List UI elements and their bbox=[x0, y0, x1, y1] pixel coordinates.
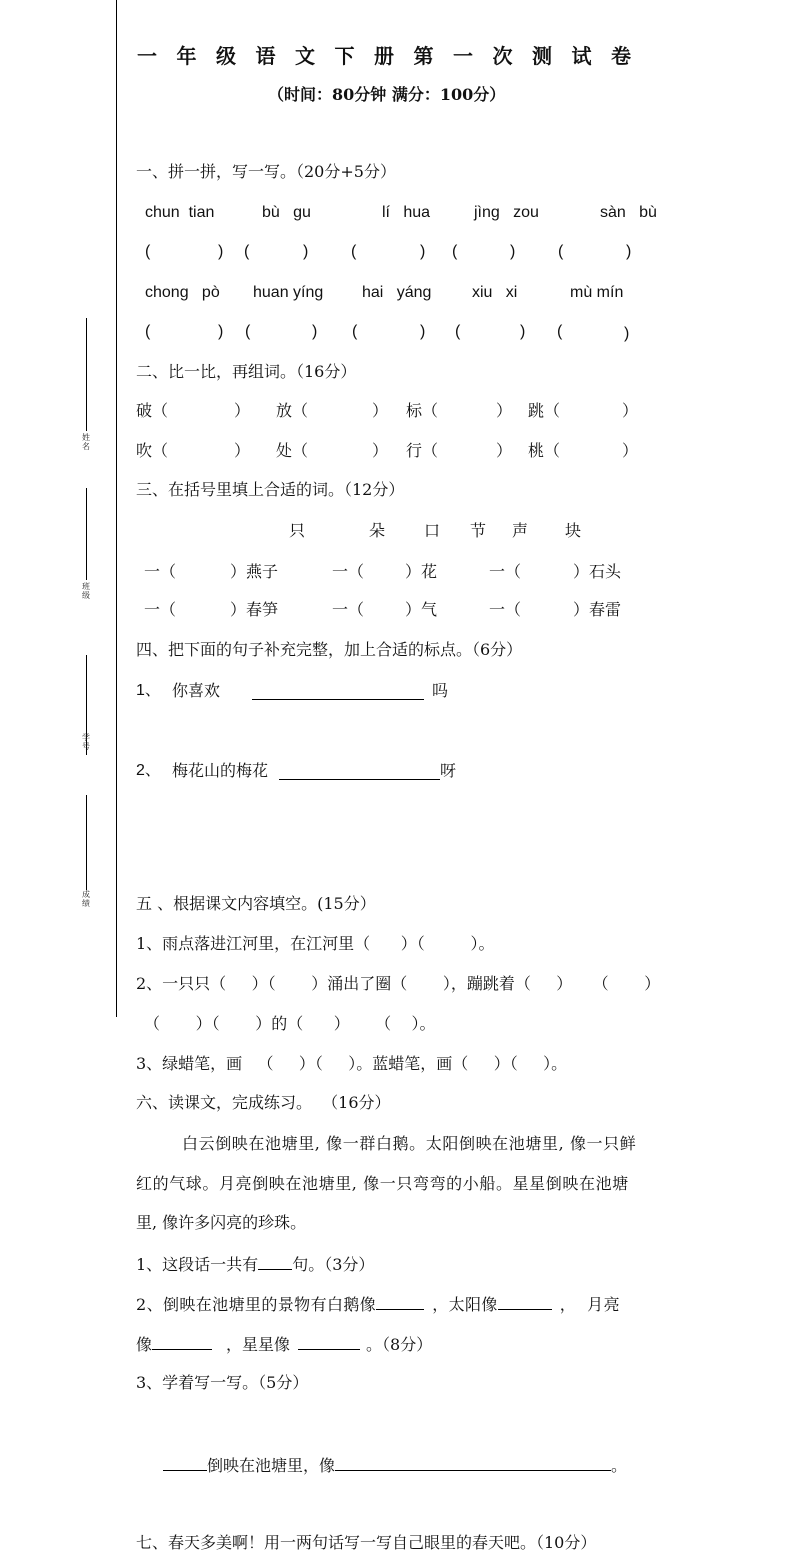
word-bank-item: 只 bbox=[289, 521, 305, 541]
margin-label-score: 成绩 bbox=[81, 890, 91, 908]
measure-pre: 一（ bbox=[144, 562, 176, 582]
pinyin-item: xiu xi bbox=[472, 283, 517, 303]
title-char: 次 bbox=[493, 40, 533, 69]
binding-line-seg-1 bbox=[86, 319, 87, 431]
open-paren: ( bbox=[244, 242, 249, 262]
section5-line-3: （ ）（ ）的（ ） （ ）。 bbox=[144, 1014, 436, 1034]
open-paren: ( bbox=[455, 322, 460, 342]
sentence-end: 呀 bbox=[440, 761, 456, 781]
title-char: 册 bbox=[374, 40, 414, 69]
item-number: 2、 bbox=[136, 761, 161, 781]
measure-post: ）燕子 bbox=[230, 562, 278, 582]
compare-char: 放（ bbox=[276, 401, 308, 421]
answer-line[interactable] bbox=[376, 1293, 424, 1310]
open-paren: ( bbox=[145, 322, 150, 342]
title-char: 级 bbox=[216, 40, 256, 69]
answer-line[interactable] bbox=[279, 779, 440, 780]
binding-line-seg-0 bbox=[86, 318, 87, 319]
binding-line-seg-4 bbox=[86, 795, 87, 890]
q2-line-2: 像，星星像。（8分） bbox=[136, 1333, 432, 1355]
section3-heading: 三、在括号里填上合适的词。（12分） bbox=[136, 480, 404, 500]
compare-char: 标（ bbox=[406, 401, 438, 421]
close-paren: ） bbox=[496, 401, 512, 421]
open-paren: ( bbox=[351, 242, 356, 262]
title-char: 文 bbox=[295, 40, 335, 69]
open-paren: ( bbox=[452, 242, 457, 262]
compare-char: 破（ bbox=[136, 401, 168, 421]
q2-text: ，星星像 bbox=[226, 1335, 290, 1354]
title-char: 第 bbox=[414, 40, 454, 69]
pinyin-item: chun tian bbox=[145, 203, 214, 223]
word-bank-item: 口 bbox=[424, 521, 440, 541]
close-paren: ) bbox=[626, 242, 631, 262]
close-paren: ） bbox=[496, 441, 512, 461]
q2-text: ，太阳像 bbox=[432, 1295, 498, 1314]
passage-line-1: 白云倒映在池塘里, 像一群白鹅。太阳倒映在池塘里, 像一只鲜 bbox=[182, 1134, 636, 1154]
margin-label-class: 班级 bbox=[81, 582, 91, 600]
title-char: 一 bbox=[137, 40, 177, 69]
compare-char: 吹（ bbox=[136, 441, 168, 461]
section4-heading: 四、把下面的句子补充完整，加上合适的标点。（6分） bbox=[136, 640, 522, 660]
title-char: 下 bbox=[335, 40, 375, 69]
close-paren: ） bbox=[372, 441, 388, 461]
pinyin-item: sàn bù bbox=[600, 203, 657, 223]
section5-line-4: 3、绿蜡笔，画 （ ）（ ）。蓝蜡笔，画（ ）（ ）。 bbox=[136, 1054, 567, 1074]
q2-text: 2、倒映在池塘里的景物有白鹅像 bbox=[136, 1295, 376, 1314]
title-char: 年 bbox=[177, 40, 217, 69]
pinyin-item: chong pò bbox=[145, 283, 220, 303]
answer-line[interactable] bbox=[152, 1333, 212, 1350]
q1-text: 1、这段话一共有 bbox=[136, 1255, 258, 1274]
section6-heading: 六、读课文，完成练习。 （16分） bbox=[136, 1093, 391, 1113]
exam-subtitle: （时间：80分钟 满分：100分） bbox=[268, 82, 505, 105]
q2-text: 。（8分） bbox=[366, 1335, 432, 1354]
q1: 1、这段话一共有句。（3分） bbox=[136, 1253, 374, 1275]
section5-heading: 五 、根据课文内容填空。(15分） bbox=[136, 894, 376, 914]
section7-heading: 七、春天多美啊！用一两句话写一写自己眼里的春天吧。（10分） bbox=[136, 1533, 596, 1553]
title-char: 语 bbox=[256, 40, 296, 69]
close-paren: ) bbox=[624, 324, 629, 344]
close-paren: ) bbox=[312, 322, 317, 342]
open-paren: ( bbox=[557, 322, 562, 342]
measure-post: ）气 bbox=[405, 600, 437, 620]
close-paren: ) bbox=[420, 242, 425, 262]
q3: 3、学着写一写。（5分） bbox=[136, 1373, 308, 1393]
section1-heading: 一、拼一拼，写一写。（20分+5分） bbox=[136, 162, 396, 182]
sentence-start: 你喜欢 bbox=[172, 681, 220, 701]
passage-line-3: 里, 像许多闪亮的珍珠。 bbox=[136, 1213, 306, 1233]
q2-text: ， 月亮 bbox=[560, 1295, 620, 1314]
close-paren: ) bbox=[218, 322, 223, 342]
margin-label-number: 学号 bbox=[81, 733, 91, 751]
open-paren: ( bbox=[352, 322, 357, 342]
close-paren: ） bbox=[372, 401, 388, 421]
measure-post: ）花 bbox=[405, 562, 437, 582]
word-bank-item: 朵 bbox=[369, 521, 385, 541]
page-title: 一年级语文下册第一次测试卷 bbox=[137, 40, 651, 69]
measure-pre: 一（ bbox=[144, 600, 176, 620]
title-char: 试 bbox=[572, 40, 612, 69]
measure-pre: 一（ bbox=[489, 562, 521, 582]
title-char: 一 bbox=[453, 40, 493, 69]
close-paren: ) bbox=[420, 322, 425, 342]
measure-post: ）石头 bbox=[573, 562, 621, 582]
section2-heading: 二、比一比，再组词。（16分） bbox=[136, 362, 356, 382]
measure-pre: 一（ bbox=[332, 562, 364, 582]
open-paren: ( bbox=[145, 242, 150, 262]
q3-text: 倒映在池塘里，像 bbox=[207, 1456, 335, 1475]
pinyin-item: jìng zou bbox=[474, 203, 539, 223]
item-number: 1、 bbox=[136, 681, 161, 701]
passage-line-2: 红的气球。月亮倒映在池塘里, 像一只弯弯的小船。星星倒映在池塘 bbox=[136, 1174, 629, 1194]
q3-end: 。 bbox=[611, 1456, 627, 1475]
section5-line-1: 1、雨点落进江河里，在江河里（ ）（ ）。 bbox=[136, 934, 494, 954]
q2-text: 像 bbox=[136, 1335, 152, 1354]
compare-char: 处（ bbox=[276, 441, 308, 461]
answer-line[interactable] bbox=[163, 1454, 207, 1471]
sentence-end: 吗 bbox=[432, 681, 448, 701]
close-paren: ） bbox=[622, 401, 638, 421]
word-bank-item: 声 bbox=[512, 521, 528, 541]
word-bank-item: 节 bbox=[470, 521, 486, 541]
binding-line-seg-2 bbox=[86, 488, 87, 580]
sentence-start: 梅花山的梅花 bbox=[172, 761, 268, 781]
answer-line[interactable] bbox=[252, 699, 424, 700]
pinyin-item: bù gu bbox=[262, 203, 311, 223]
pinyin-item: mù mín bbox=[570, 283, 623, 303]
answer-line[interactable] bbox=[298, 1333, 360, 1350]
q1-tail: 句。（3分） bbox=[292, 1255, 374, 1274]
compare-char: 行（ bbox=[406, 441, 438, 461]
measure-pre: 一（ bbox=[332, 600, 364, 620]
section5-line-2: 2、一只只（ ）（ ）涌出了圈（ ），蹦跳着（ ） （ ） bbox=[136, 974, 660, 994]
measure-pre: 一（ bbox=[489, 600, 521, 620]
close-paren: ) bbox=[520, 322, 525, 342]
close-paren: ) bbox=[510, 242, 515, 262]
margin-label-name: 姓名 bbox=[81, 433, 91, 451]
answer-line[interactable] bbox=[258, 1253, 292, 1270]
pinyin-item: huan yíng bbox=[253, 283, 323, 303]
close-paren: ） bbox=[234, 401, 250, 421]
title-char: 测 bbox=[532, 40, 572, 69]
close-paren: ） bbox=[622, 441, 638, 461]
open-paren: ( bbox=[245, 322, 250, 342]
close-paren: ） bbox=[234, 441, 250, 461]
compare-char: 桃（ bbox=[528, 441, 560, 461]
q2-line-1: 2、倒映在池塘里的景物有白鹅像，太阳像， 月亮 bbox=[136, 1293, 620, 1315]
binding-line-main bbox=[116, 0, 117, 1017]
answer-line[interactable] bbox=[335, 1454, 611, 1471]
answer-line[interactable] bbox=[498, 1293, 552, 1310]
q3-answer-line: 倒映在池塘里，像。 bbox=[163, 1454, 627, 1476]
close-paren: ) bbox=[218, 242, 223, 262]
title-char: 卷 bbox=[611, 40, 651, 69]
open-paren: ( bbox=[558, 242, 563, 262]
answer-blank[interactable] bbox=[155, 242, 215, 262]
measure-post: ）春雷 bbox=[573, 600, 621, 620]
compare-char: 跳（ bbox=[528, 401, 560, 421]
pinyin-item: lí hua bbox=[382, 203, 430, 223]
close-paren: ) bbox=[303, 242, 308, 262]
pinyin-item: hai yáng bbox=[362, 283, 431, 303]
word-bank-item: 块 bbox=[565, 521, 581, 541]
measure-post: ）春笋 bbox=[230, 600, 278, 620]
